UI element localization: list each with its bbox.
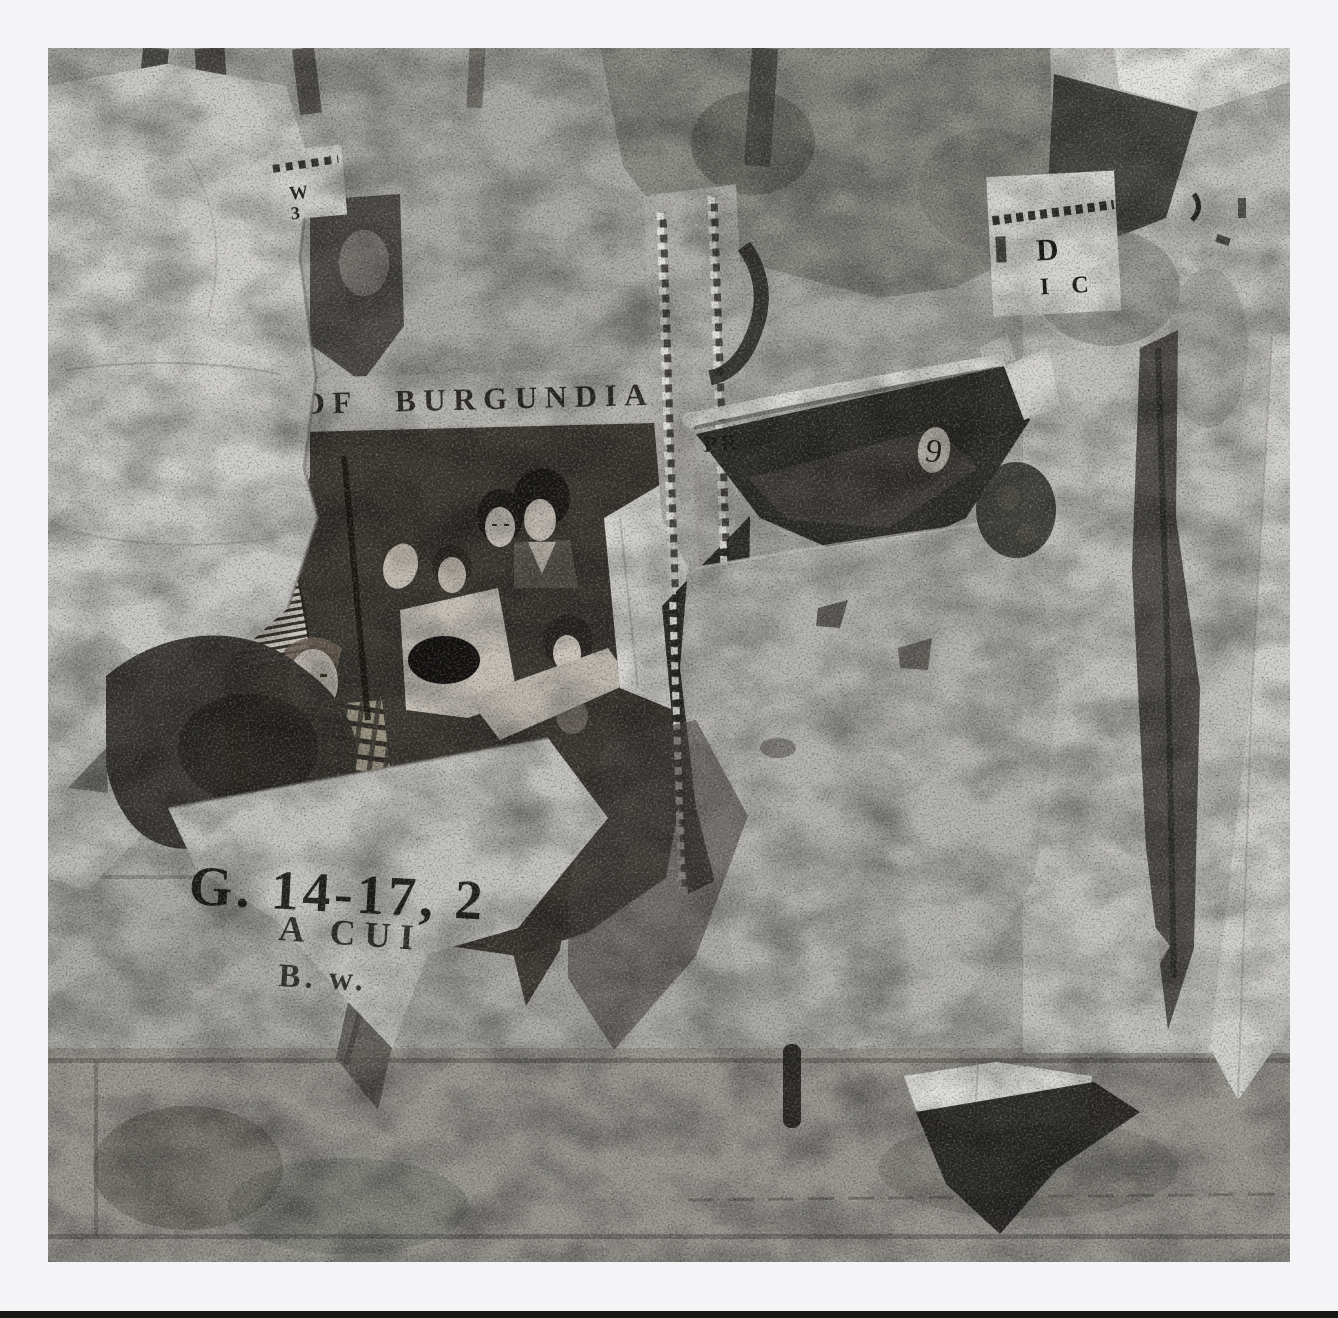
scan-edge-line <box>0 1311 1338 1318</box>
grain-overlay <box>48 48 1290 1262</box>
photo-canvas: OF BURGUNDIA <box>48 48 1290 1262</box>
photograph-torn-posters: OF BURGUNDIA <box>48 48 1290 1262</box>
scan-mat: OF BURGUNDIA <box>0 0 1338 1318</box>
